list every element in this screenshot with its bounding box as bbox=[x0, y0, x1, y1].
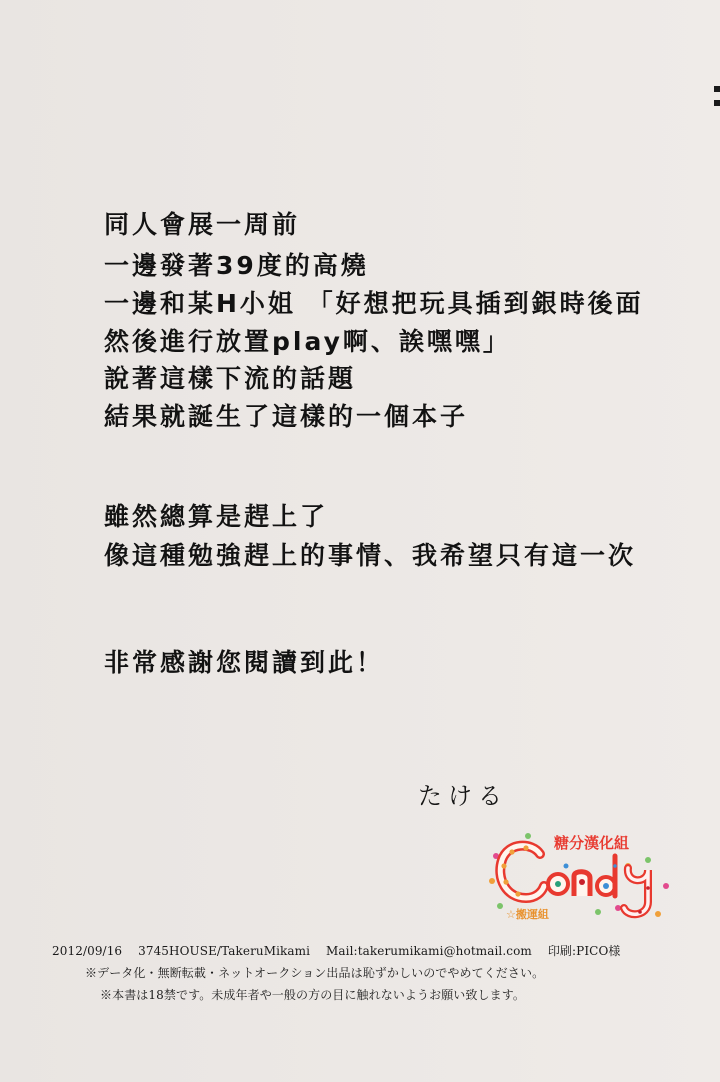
afterword-line: 一邊和某H小姐 「好想把玩具插到銀時後面 bbox=[104, 291, 644, 316]
svg-text:糖分漢化組: 糖分漢化組 bbox=[553, 834, 629, 852]
afterword-line: 然後進行放置play啊、誒嘿嘿」 bbox=[104, 329, 511, 354]
afterword-line: 同人會展一周前 bbox=[104, 212, 300, 237]
contact-mail: Mail:takerumikami@hotmail.com bbox=[326, 944, 532, 958]
notice-no-redistribution: ※データ化・無断転載・ネットオークション出品は恥ずかしいのでやめてください。 bbox=[85, 964, 544, 981]
thanks-line: 非常感謝您閱讀到此！ bbox=[104, 650, 384, 675]
afterword-line: 說著這樣下流的話題 bbox=[104, 366, 356, 391]
printer-credit: 印刷:PICO様 bbox=[548, 944, 621, 958]
publish-date: 2012/09/16 bbox=[52, 944, 122, 958]
afterword-line: 一邊發著39度的高燒 bbox=[104, 253, 369, 278]
colophon-info: 2012/09/16 3745HOUSE/TakeruMikami Mail:t… bbox=[52, 942, 633, 959]
page-edge-mark bbox=[714, 100, 720, 106]
circle-name: 3745HOUSE/TakeruMikami bbox=[138, 944, 310, 958]
afterword-line: 結果就誕生了這樣的一個本子 bbox=[104, 404, 468, 429]
afterword-line: 像這種勉強趕上的事情、我希望只有這一次 bbox=[104, 543, 636, 568]
notice-adult-only: ※本書は18禁です。未成年者や一般の方の目に触れないようお願い致します。 bbox=[100, 986, 525, 1003]
svg-text:☆搬運組: ☆搬運組 bbox=[506, 907, 549, 921]
author-signature: たける bbox=[418, 776, 508, 811]
page-edge-mark bbox=[714, 86, 720, 92]
afterword-line: 雖然總算是趕上了 bbox=[104, 504, 328, 529]
candy-logo-icon: 糖分漢化組 ☆搬運組 bbox=[488, 826, 672, 924]
candy-group-logo: 糖分漢化組 ☆搬運組 bbox=[488, 826, 672, 924]
book-page: 同人會展一周前 一邊發著39度的高燒 一邊和某H小姐 「好想把玩具插到銀時後面 … bbox=[0, 0, 720, 1082]
